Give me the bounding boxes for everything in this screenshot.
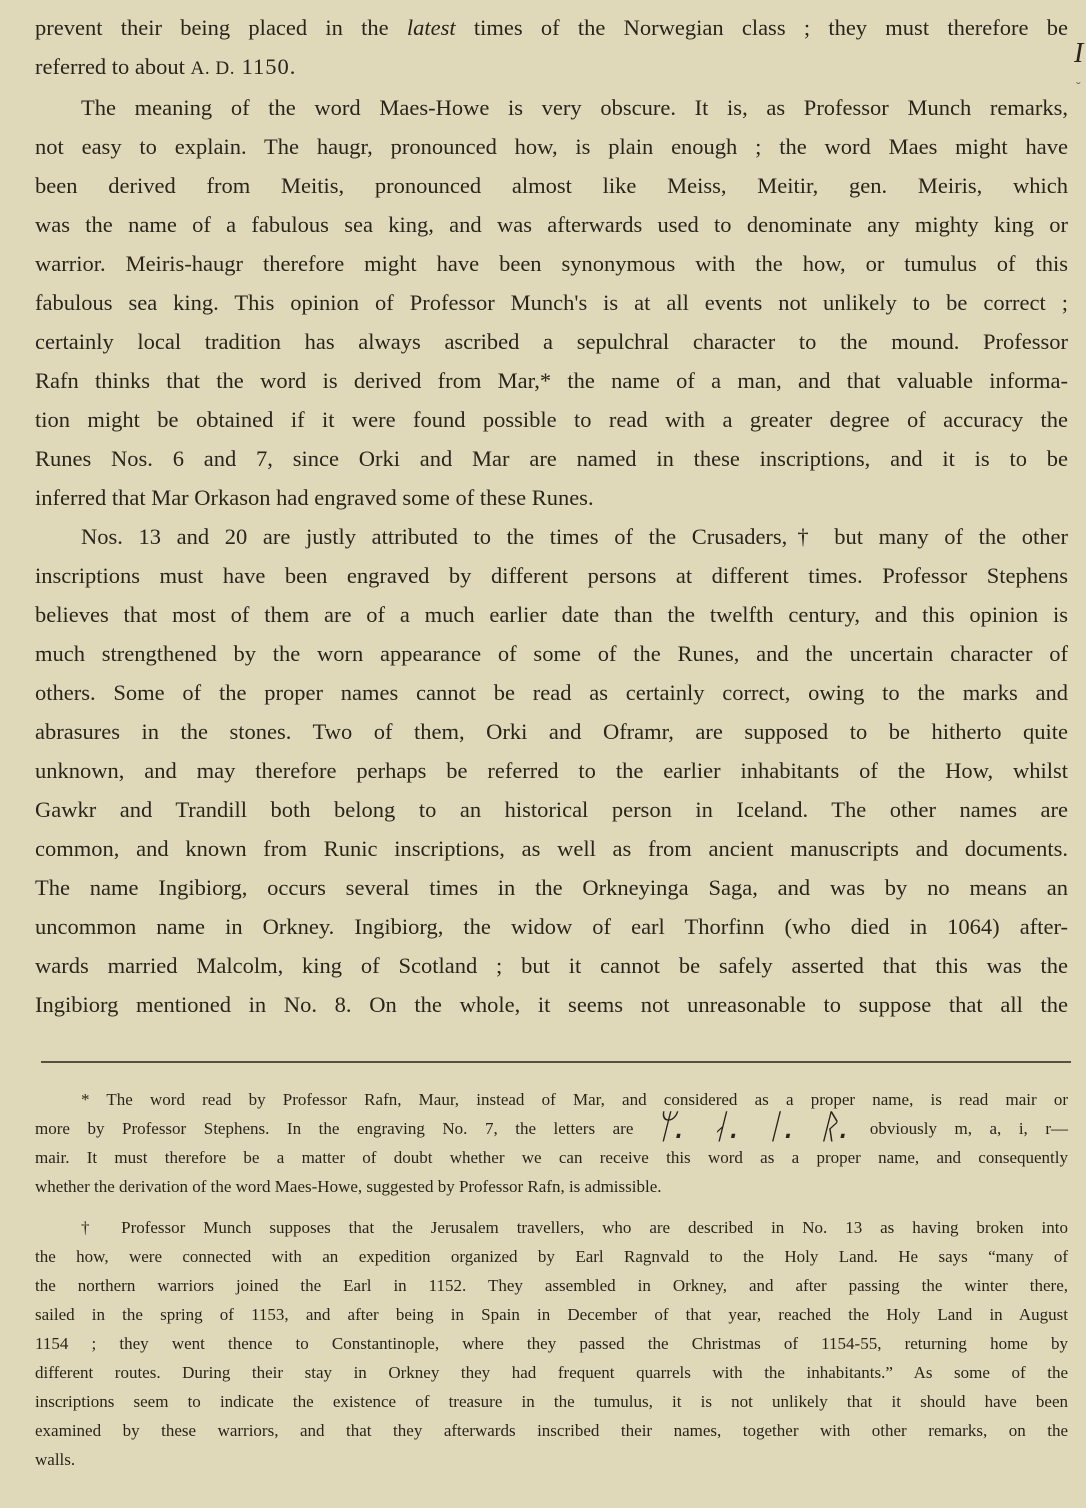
body-line: uncommon name in Orkney. Ingibiorg, the …: [35, 907, 1068, 946]
margin-bleed-mark: ˬ: [1076, 70, 1081, 86]
footnote-line: † Professor Munch supposes that the Jeru…: [35, 1213, 1068, 1242]
footnote-line: more by Professor Stephens. In the engra…: [35, 1114, 1068, 1143]
body-line: wards married Malcolm, king of Scotland …: [35, 946, 1068, 985]
rune-r-glyph: ᚱ.: [818, 1117, 849, 1137]
footnotes: * The word read by Professor Rafn, Maur,…: [35, 1085, 1068, 1474]
body-line: been derived from Meitis, pronounced alm…: [35, 166, 1068, 205]
era-abbrev: A. D.: [191, 58, 235, 79]
main-body-text: prevent their being placed in the latest…: [35, 8, 1068, 1024]
year: 1150.: [235, 54, 296, 79]
body-line: Rafn thinks that the word is derived fro…: [35, 361, 1068, 400]
footnote-line: sailed in the spring of 1153, and after …: [35, 1300, 1068, 1329]
body-line: tion might be obtained if it were found …: [35, 400, 1068, 439]
footnote-line: walls.: [35, 1445, 1068, 1474]
footnote-line: mair. It must therefore be a matter of d…: [35, 1143, 1068, 1172]
body-line: much strengthened by the worn appearance…: [35, 634, 1068, 673]
body-line: inscriptions must have been engraved by …: [35, 556, 1068, 595]
footnote-line: the northern warriors joined the Earl in…: [35, 1271, 1068, 1300]
body-line: prevent their being placed in the latest…: [35, 8, 1068, 47]
footnote-asterisk: * The word read by Professor Rafn, Maur,…: [35, 1085, 1068, 1201]
body-line: common, and known from Runic inscription…: [35, 829, 1068, 868]
footnote-dagger: † Professor Munch supposes that the Jeru…: [35, 1213, 1068, 1474]
body-line: was the name of a fabulous sea king, and…: [35, 205, 1068, 244]
body-line: abrasures in the stones. Two of them, Or…: [35, 712, 1068, 751]
emphasis-latest: latest: [407, 15, 456, 40]
body-line: Ingibiorg mentioned in No. 8. On the who…: [35, 985, 1068, 1024]
rune-i-glyph: ᛁ.: [763, 1117, 794, 1137]
body-line: Runes Nos. 6 and 7, since Orki and Mar a…: [35, 439, 1068, 478]
body-line: not easy to explain. The haugr, pronounc…: [35, 127, 1068, 166]
footnote-line: whether the derivation of the word Maes-…: [35, 1172, 1068, 1201]
footnote-line: the how, were connected with an expediti…: [35, 1242, 1068, 1271]
rune-a-glyph: ᛆ.: [709, 1117, 740, 1137]
footnote-separator-rule: [41, 1061, 1071, 1063]
body-line: The meaning of the word Maes-Howe is ver…: [35, 88, 1068, 127]
body-line: believes that most of them are of a much…: [35, 595, 1068, 634]
margin-bleed-mark: I: [1074, 38, 1083, 70]
body-line: referred to about A. D. 1150.: [35, 47, 1068, 88]
body-line: certainly local tradition has always asc…: [35, 322, 1068, 361]
footnote-line: examined by these warriors, and that the…: [35, 1416, 1068, 1445]
body-line: Nos. 13 and 20 are justly attributed to …: [35, 517, 1068, 556]
body-line: The name Ingibiorg, occurs several times…: [35, 868, 1068, 907]
footnote-line: 1154 ; they went thence to Constantinopl…: [35, 1329, 1068, 1358]
body-line: others. Some of the proper names cannot …: [35, 673, 1068, 712]
body-line: inferred that Mar Orkason had engraved s…: [35, 478, 1068, 517]
footnote-line: inscriptions seem to indicate the existe…: [35, 1387, 1068, 1416]
body-line: unknown, and may therefore perhaps be re…: [35, 751, 1068, 790]
body-line: fabulous sea king. This opinion of Profe…: [35, 283, 1068, 322]
body-line: warrior. Meiris-haugr therefore might ha…: [35, 244, 1068, 283]
footnote-line: * The word read by Professor Rafn, Maur,…: [35, 1085, 1068, 1114]
body-line: Gawkr and Trandill both belong to an his…: [35, 790, 1068, 829]
rune-m-glyph: ᛘ.: [654, 1117, 685, 1137]
footnote-line: different routes. During their stay in O…: [35, 1358, 1068, 1387]
